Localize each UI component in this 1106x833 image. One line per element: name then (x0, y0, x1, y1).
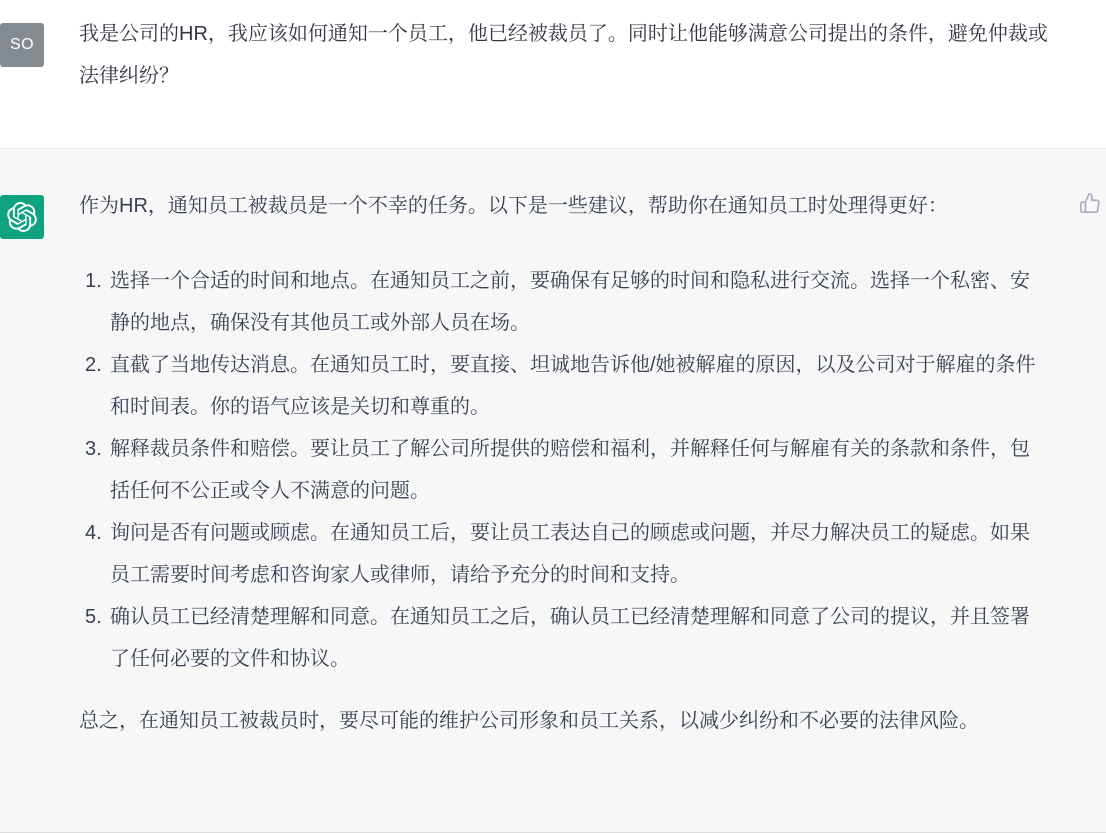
user-message-text: 我是公司的HR，我应该如何通知一个员工，他已经被裁员了。同时让他能够满意公司提出… (79, 13, 1049, 97)
list-item: 4. 询问是否有问题或顾虑。在通知员工后，要让员工表达自己的顾虑或问题，并尽力解… (79, 512, 1049, 596)
user-avatar: SO (0, 23, 44, 67)
list-item-number: 5. (85, 596, 110, 680)
list-item-number: 2. (85, 344, 110, 428)
feedback-controls (1079, 192, 1101, 214)
list-item-number: 1. (85, 260, 110, 344)
user-message-text-column: 我是公司的HR，我应该如何通知一个员工，他已经被裁员了。同时让他能够满意公司提出… (79, 13, 1049, 130)
list-item-number: 3. (85, 428, 110, 512)
assistant-message-section: 作为HR，通知员工被裁员是一个不幸的任务。以下是一些建议，帮助你在通知员工时处理… (0, 149, 1106, 833)
openai-logo-icon (7, 202, 37, 232)
list-item-text: 直截了当地传达消息。在通知员工时，要直接、坦诚地告诉他/她被解雇的原因，以及公司… (110, 344, 1049, 428)
user-message-section: SO 我是公司的HR，我应该如何通知一个员工，他已经被裁员了。同时让他能够满意公… (0, 0, 1106, 149)
thumbs-up-icon (1079, 192, 1101, 214)
assistant-closing-paragraph: 总之，在通知员工被裁员时，要尽可能的维护公司形象和员工关系，以减少纠纷和不必要的… (79, 700, 1049, 742)
thumbs-up-button[interactable] (1079, 192, 1101, 214)
list-item-text: 询问是否有问题或顾虑。在通知员工后，要让员工表达自己的顾虑或问题，并尽力解决员工… (110, 512, 1049, 596)
list-item-text: 解释裁员条件和赔偿。要让员工了解公司所提供的赔偿和福利，并解释任何与解雇有关的条… (110, 428, 1049, 512)
user-avatar-initials: SO (10, 36, 34, 54)
user-message-row: SO 我是公司的HR，我应该如何通知一个员工，他已经被裁员了。同时让他能够满意公… (0, 0, 1106, 130)
list-item: 3. 解释裁员条件和赔偿。要让员工了解公司所提供的赔偿和福利，并解释任何与解雇有… (79, 428, 1049, 512)
assistant-avatar (0, 195, 44, 239)
list-item: 5. 确认员工已经清楚理解和同意。在通知员工之后，确认员工已经清楚理解和同意了公… (79, 596, 1049, 680)
suggestions-list: 1. 选择一个合适的时间和地点。在通知员工之前，要确保有足够的时间和隐私进行交流… (79, 260, 1049, 680)
list-item-text: 确认员工已经清楚理解和同意。在通知员工之后，确认员工已经清楚理解和同意了公司的提… (110, 596, 1049, 680)
assistant-intro-paragraph: 作为HR，通知员工被裁员是一个不幸的任务。以下是一些建议，帮助你在通知员工时处理… (79, 185, 1049, 227)
conversation: SO 我是公司的HR，我应该如何通知一个员工，他已经被裁员了。同时让他能够满意公… (0, 0, 1106, 833)
list-item: 2. 直截了当地传达消息。在通知员工时，要直接、坦诚地告诉他/她被解雇的原因，以… (79, 344, 1049, 428)
list-item-text: 选择一个合适的时间和地点。在通知员工之前，要确保有足够的时间和隐私进行交流。选择… (110, 260, 1049, 344)
assistant-response: 作为HR，通知员工被裁员是一个不幸的任务。以下是一些建议，帮助你在通知员工时处理… (79, 185, 1049, 742)
list-item: 1. 选择一个合适的时间和地点。在通知员工之前，要确保有足够的时间和隐私进行交流… (79, 260, 1049, 344)
list-item-number: 4. (85, 512, 110, 596)
assistant-message-row: 作为HR，通知员工被裁员是一个不幸的任务。以下是一些建议，帮助你在通知员工时处理… (0, 149, 1106, 742)
